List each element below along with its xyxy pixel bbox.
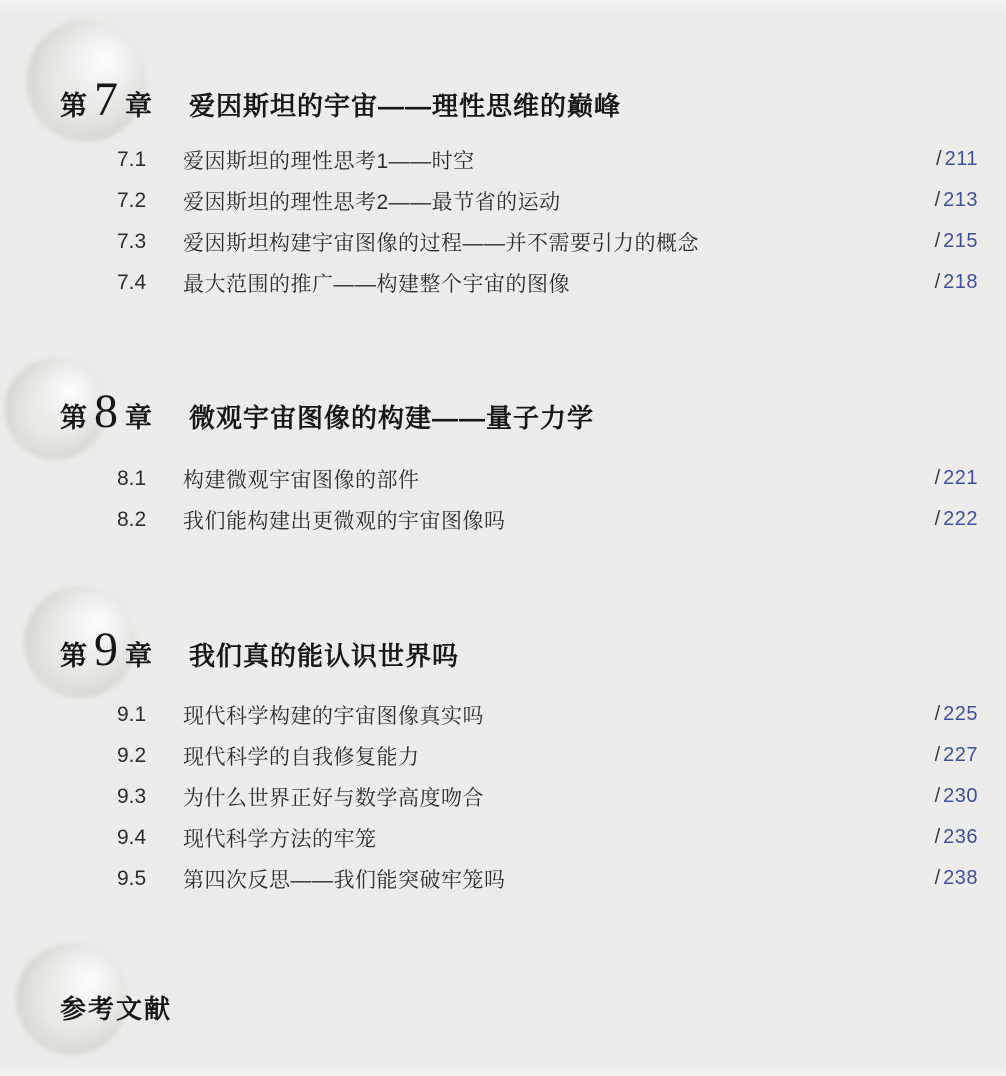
toc-item-row: 8.1构建微观宇宙图像的部件/221 bbox=[117, 458, 978, 499]
toc-item-row: 9.4现代科学方法的牢笼/236 bbox=[117, 817, 978, 858]
chapter-label-prefix: 第 bbox=[60, 634, 87, 678]
section-number: 7.4 bbox=[117, 271, 183, 295]
page-number: /230 bbox=[935, 785, 978, 808]
page-number: /236 bbox=[935, 826, 978, 849]
chapter-number: 7 bbox=[94, 78, 118, 122]
chapter-9-heading: 第 9 章 我们真的能认识世界吗 bbox=[60, 628, 459, 672]
chapter-title: 我们真的能认识世界吗 bbox=[189, 634, 459, 678]
section-number: 7.3 bbox=[117, 230, 183, 254]
section-title: 构建微观宇宙图像的部件 bbox=[183, 464, 935, 494]
chapter-label-suffix: 章 bbox=[125, 84, 152, 128]
section-title: 现代科学方法的牢笼 bbox=[183, 823, 935, 853]
section-title: 爱因斯坦的理性思考2——最节省的运动 bbox=[183, 186, 935, 216]
section-title: 爱因斯坦构建宇宙图像的过程——并不需要引力的概念 bbox=[183, 227, 935, 257]
page-number-slash: / bbox=[935, 826, 941, 849]
page-number-slash: / bbox=[935, 271, 941, 294]
toc-item-row: 7.2爱因斯坦的理性思考2——最节省的运动/213 bbox=[117, 180, 978, 221]
section-title: 现代科学的自我修复能力 bbox=[183, 741, 935, 771]
section-number: 9.3 bbox=[117, 785, 183, 809]
page-number-value: 238 bbox=[943, 867, 978, 890]
page-number-slash: / bbox=[936, 148, 942, 171]
section-title: 第四次反思——我们能突破牢笼吗 bbox=[183, 864, 935, 894]
page-number-value: 236 bbox=[943, 826, 978, 849]
page-number-value: 215 bbox=[943, 230, 978, 253]
chapter-number: 8 bbox=[94, 390, 118, 434]
page-number-slash: / bbox=[935, 189, 941, 212]
page-number: /238 bbox=[935, 867, 978, 890]
toc-item-row: 9.1现代科学构建的宇宙图像真实吗/225 bbox=[117, 694, 978, 735]
section-title: 爱因斯坦的理性思考1——时空 bbox=[183, 145, 936, 175]
section-number: 9.4 bbox=[117, 826, 183, 850]
page-number: /227 bbox=[935, 744, 978, 767]
chapter-label-suffix: 章 bbox=[125, 396, 152, 440]
chapter-title: 爱因斯坦的宇宙——理性思维的巅峰 bbox=[189, 84, 621, 128]
toc-item-row: 7.1爱因斯坦的理性思考1——时空/211 bbox=[117, 139, 978, 180]
page-number-value: 221 bbox=[943, 467, 978, 490]
section-number: 7.1 bbox=[117, 148, 183, 172]
section-title: 现代科学构建的宇宙图像真实吗 bbox=[183, 700, 935, 730]
chapter-label-prefix: 第 bbox=[60, 396, 87, 440]
section-title: 为什么世界正好与数学高度吻合 bbox=[183, 782, 935, 812]
chapter-7-items: 7.1爱因斯坦的理性思考1——时空/2117.2爱因斯坦的理性思考2——最节省的… bbox=[117, 139, 978, 303]
chapter-7-heading: 第 7 章 爱因斯坦的宇宙——理性思维的巅峰 bbox=[60, 78, 621, 122]
page-number: /225 bbox=[935, 703, 978, 726]
chapter-8-items: 8.1构建微观宇宙图像的部件/2218.2我们能构建出更微观的宇宙图像吗/222 bbox=[117, 458, 978, 540]
section-number: 7.2 bbox=[117, 189, 183, 213]
page-number-slash: / bbox=[935, 867, 941, 890]
page-number-slash: / bbox=[935, 467, 941, 490]
page-number: /213 bbox=[935, 189, 978, 212]
toc-page: 第 7 章 爱因斯坦的宇宙——理性思维的巅峰 7.1爱因斯坦的理性思考1——时空… bbox=[0, 0, 1006, 1076]
section-number: 8.1 bbox=[117, 467, 183, 491]
page-number-value: 230 bbox=[943, 785, 978, 808]
section-number: 9.2 bbox=[117, 744, 183, 768]
page-number-value: 211 bbox=[945, 148, 978, 171]
page-number-value: 225 bbox=[943, 703, 978, 726]
section-number: 9.1 bbox=[117, 703, 183, 727]
chapter-number: 9 bbox=[94, 628, 118, 672]
toc-item-row: 7.4最大范围的推广——构建整个宇宙的图像/218 bbox=[117, 262, 978, 303]
section-title: 最大范围的推广——构建整个宇宙的图像 bbox=[183, 268, 935, 298]
chapter-8-heading: 第 8 章 微观宇宙图像的构建——量子力学 bbox=[60, 390, 594, 434]
page-number: /218 bbox=[935, 271, 978, 294]
page-number: /215 bbox=[935, 230, 978, 253]
toc-item-row: 9.2现代科学的自我修复能力/227 bbox=[117, 735, 978, 776]
page-number-slash: / bbox=[935, 744, 941, 767]
page-number-value: 222 bbox=[943, 508, 978, 531]
section-number: 8.2 bbox=[117, 508, 183, 532]
toc-item-row: 9.3为什么世界正好与数学高度吻合/230 bbox=[117, 776, 978, 817]
toc-item-row: 7.3爱因斯坦构建宇宙图像的过程——并不需要引力的概念/215 bbox=[117, 221, 978, 262]
chapter-label-prefix: 第 bbox=[60, 84, 87, 128]
chapter-title: 微观宇宙图像的构建——量子力学 bbox=[189, 396, 594, 440]
section-title: 我们能构建出更微观的宇宙图像吗 bbox=[183, 505, 935, 535]
page-number-slash: / bbox=[935, 230, 941, 253]
page-number: /221 bbox=[935, 467, 978, 490]
chapter-label-suffix: 章 bbox=[125, 634, 152, 678]
page-number-value: 218 bbox=[943, 271, 978, 294]
toc-item-row: 8.2我们能构建出更微观的宇宙图像吗/222 bbox=[117, 499, 978, 540]
page-number-slash: / bbox=[935, 703, 941, 726]
references-heading: 参考文献 bbox=[60, 985, 172, 1029]
page-number: /211 bbox=[936, 148, 978, 171]
chapter-9-items: 9.1现代科学构建的宇宙图像真实吗/2259.2现代科学的自我修复能力/2279… bbox=[117, 694, 978, 899]
page-number-slash: / bbox=[935, 508, 941, 531]
page-number-value: 227 bbox=[943, 744, 978, 767]
page-number: /222 bbox=[935, 508, 978, 531]
page-number-slash: / bbox=[935, 785, 941, 808]
page-number-value: 213 bbox=[943, 189, 978, 212]
section-number: 9.5 bbox=[117, 867, 183, 891]
toc-item-row: 9.5第四次反思——我们能突破牢笼吗/238 bbox=[117, 858, 978, 899]
